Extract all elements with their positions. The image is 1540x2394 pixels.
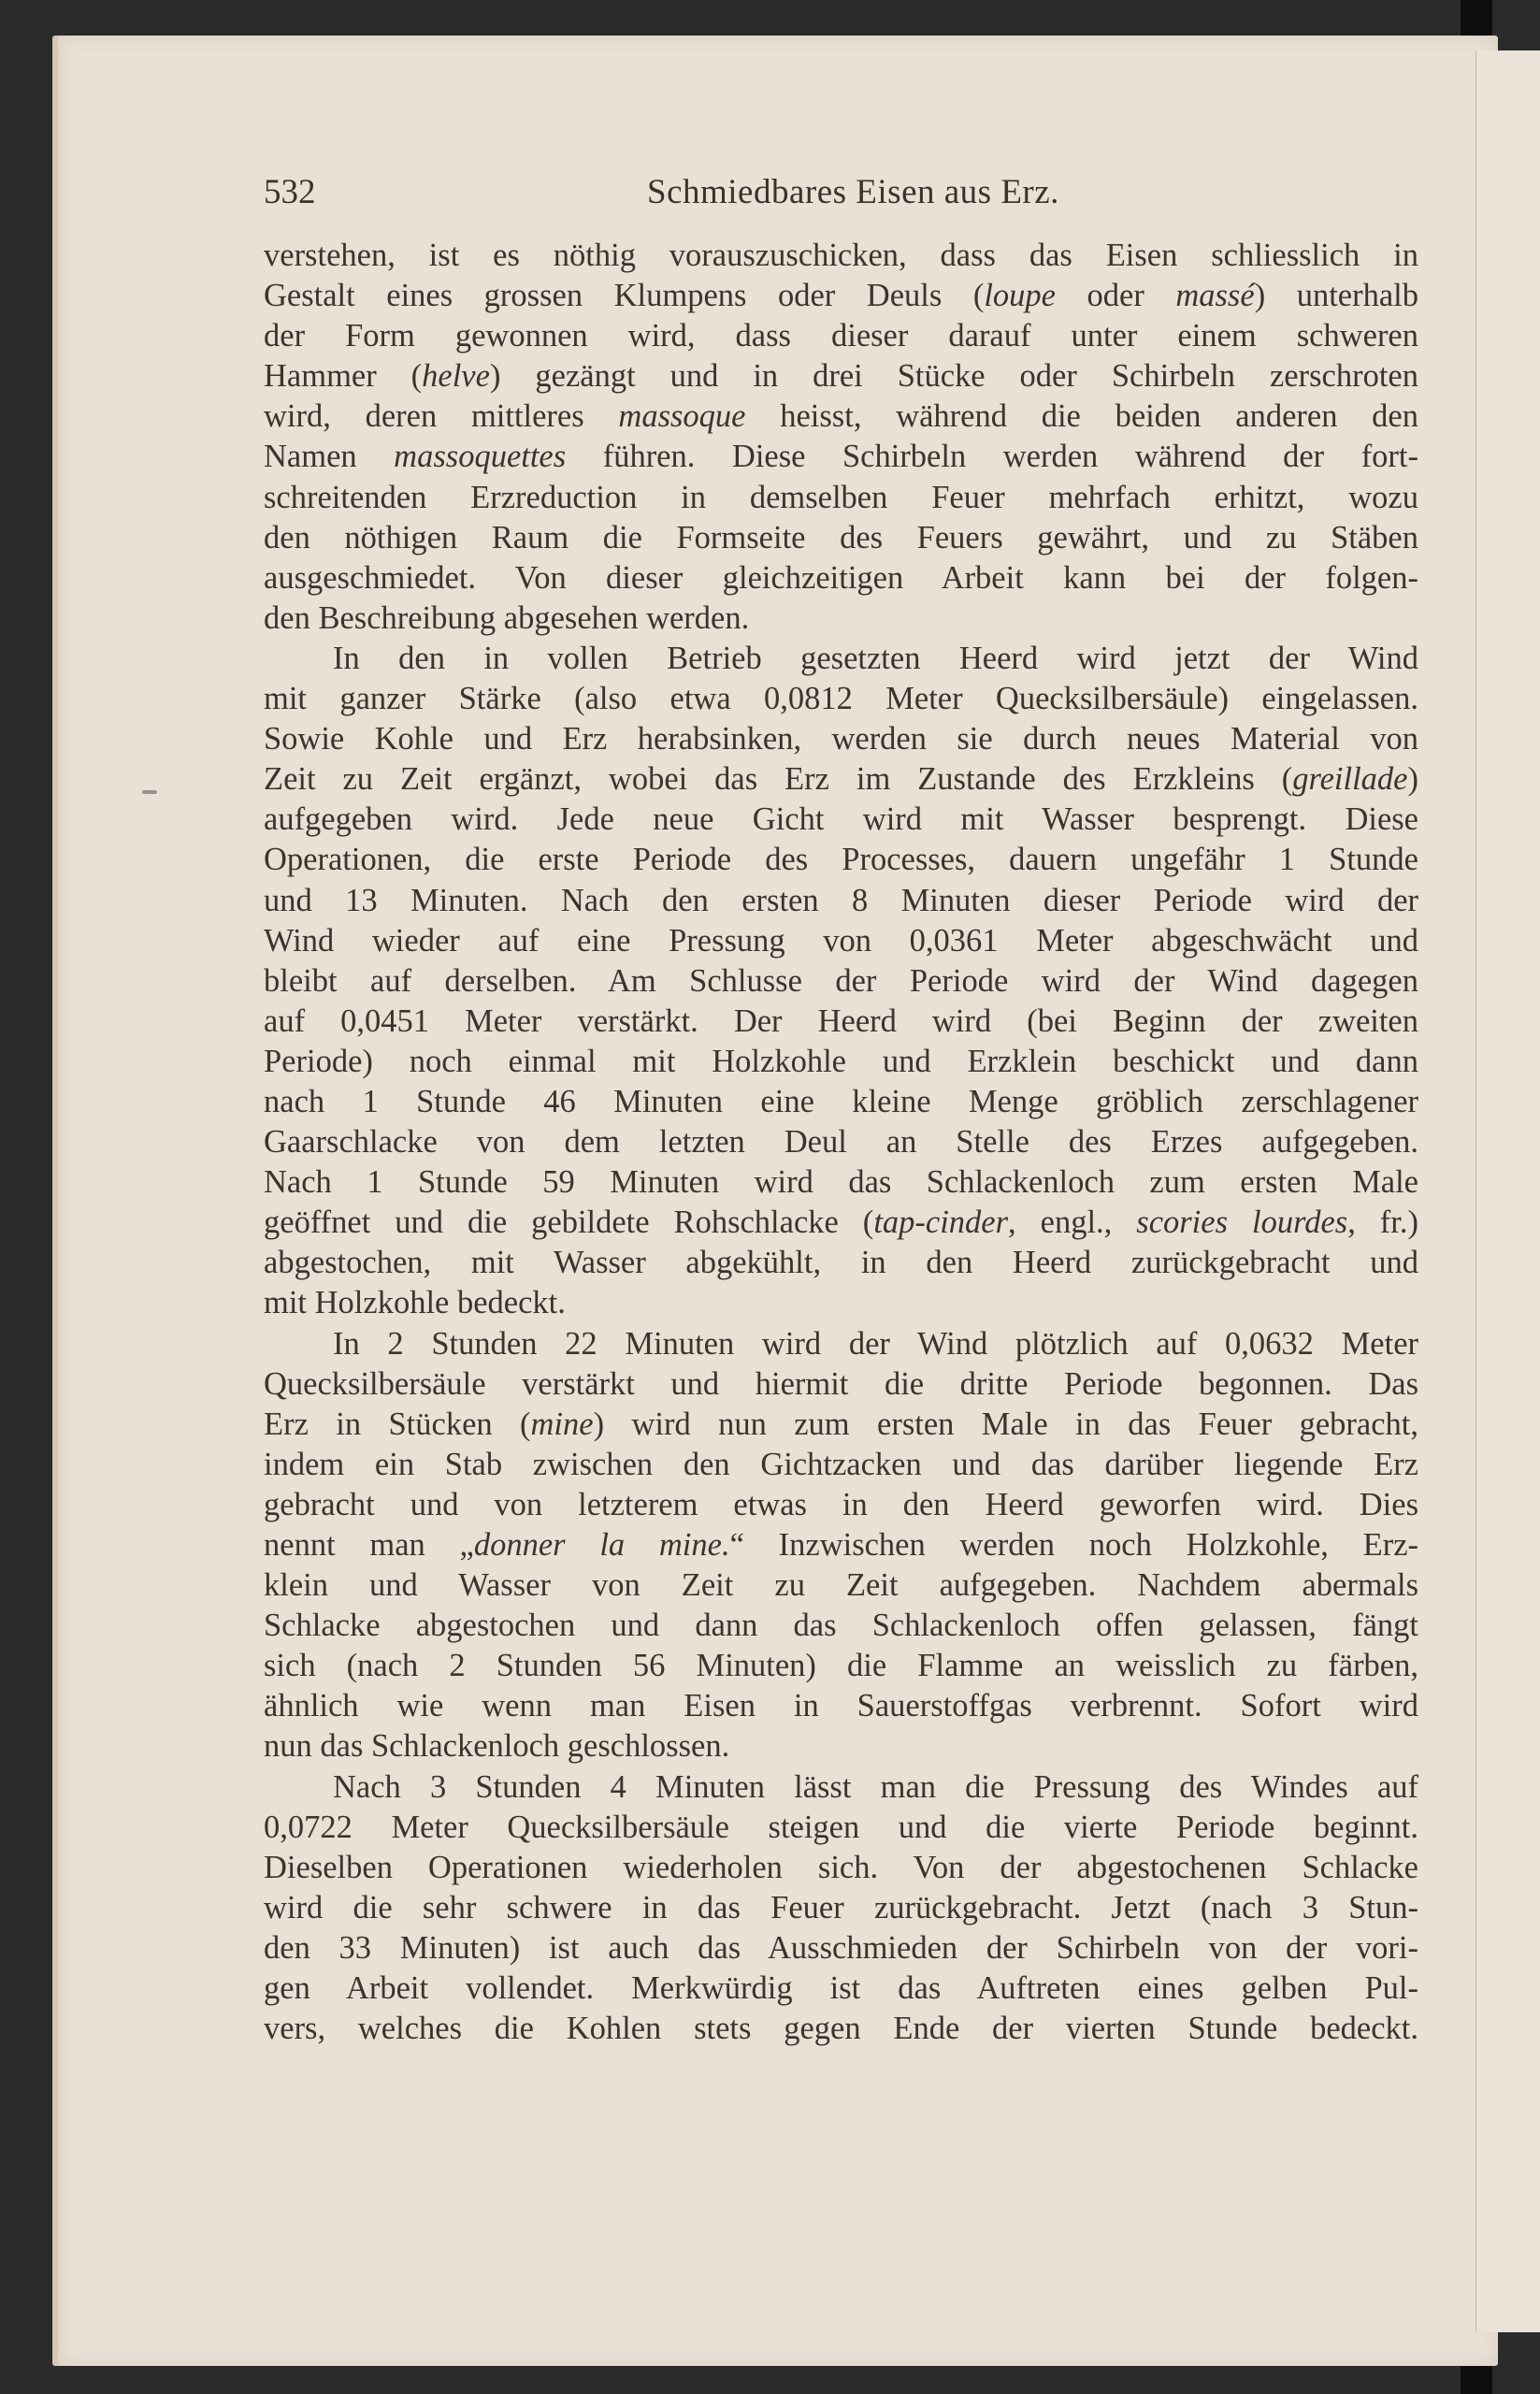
- text-line: mit Holzkohle bedeckt.: [264, 1283, 1418, 1323]
- text-line: bleibt auf derselben. Am Schlusse der Pe…: [264, 961, 1418, 1002]
- text-line: 0,0722 Meter Quecksilbersäule steigen un…: [264, 1808, 1418, 1848]
- text-line: Dieselben Operationen wiederholen sich. …: [264, 1848, 1418, 1888]
- text-line: Gestalt eines grossen Klumpens oder Deul…: [264, 276, 1418, 316]
- text-line: Hammer (helve) gezängt und in drei Stück…: [264, 356, 1418, 397]
- text-line: gebracht und von letzterem etwas in den …: [264, 1485, 1418, 1525]
- running-title: Schmiedbares Eisen aus Erz.: [647, 172, 1059, 212]
- text-line: wird die sehr schwere in das Feuer zurüc…: [264, 1888, 1418, 1928]
- text-line: den 33 Minuten) ist auch das Ausschmiede…: [264, 1928, 1418, 1969]
- body-text: verstehen, ist es nöthig vorauszuschicke…: [264, 236, 1418, 2049]
- text-line: schreitenden Erzreduction in demselben F…: [264, 478, 1418, 518]
- text-line: vers, welches die Kohlen stets gegen End…: [264, 2009, 1418, 2049]
- text-line: ausgeschmiedet. Von dieser gleichzeitige…: [264, 558, 1418, 598]
- text-line: den Beschreibung abgesehen werden.: [264, 598, 1418, 639]
- text-line: geöffnet und die gebildete Rohschlacke (…: [264, 1203, 1418, 1243]
- text-line: aufgegeben wird. Jede neue Gicht wird mi…: [264, 800, 1418, 840]
- text-line: auf 0,0451 Meter verstärkt. Der Heerd wi…: [264, 1002, 1418, 1042]
- text-line: und 13 Minuten. Nach den ersten 8 Minute…: [264, 881, 1418, 921]
- running-header: 532 Schmiedbares Eisen aus Erz.: [264, 172, 1418, 219]
- text-line: In den in vollen Betrieb gesetzten Heerd…: [264, 639, 1418, 679]
- text-line: Nach 1 Stunde 59 Minuten wird das Schlac…: [264, 1162, 1418, 1203]
- text-line: ähnlich wie wenn man Eisen in Sauerstoff…: [264, 1686, 1418, 1726]
- text-line: mit ganzer Stärke (also etwa 0,0812 Mete…: [264, 679, 1418, 719]
- text-line: Namen massoquettes führen. Diese Schirbe…: [264, 437, 1418, 477]
- text-line: Sowie Kohle und Erz herabsinken, werden …: [264, 719, 1418, 759]
- margin-mark: [142, 790, 157, 794]
- text-line: Zeit zu Zeit ergänzt, wobei das Erz im Z…: [264, 759, 1418, 800]
- text-line: Schlacke abgestochen und dann das Schlac…: [264, 1606, 1418, 1646]
- text-line: gen Arbeit vollendet. Merkwürdig ist das…: [264, 1969, 1418, 2009]
- text-line: wird, deren mittleres massoque heisst, w…: [264, 397, 1418, 437]
- page-number: 532: [264, 172, 316, 212]
- text-line: nennt man „donner la mine.“ Inzwischen w…: [264, 1525, 1418, 1565]
- text-line: In 2 Stunden 22 Minuten wird der Wind pl…: [264, 1324, 1418, 1364]
- page-fold-line: [1475, 50, 1476, 2332]
- text-line: Periode) noch einmal mit Holzkohle und E…: [264, 1042, 1418, 1082]
- next-page-edge: [1476, 50, 1540, 2332]
- text-line: Erz in Stücken (mine) wird nun zum erste…: [264, 1405, 1418, 1445]
- text-line: Gaarschlacke von dem letzten Deul an Ste…: [264, 1122, 1418, 1162]
- text-line: indem ein Stab zwischen den Gichtzacken …: [264, 1445, 1418, 1485]
- text-line: den nöthigen Raum die Formseite des Feue…: [264, 518, 1418, 558]
- text-line: Quecksilbersäule verstärkt und hiermit d…: [264, 1364, 1418, 1405]
- text-line: Wind wieder auf eine Pressung von 0,0361…: [264, 921, 1418, 961]
- text-line: klein und Wasser von Zeit zu Zeit aufgeg…: [264, 1565, 1418, 1606]
- text-line: sich (nach 2 Stunden 56 Minuten) die Fla…: [264, 1646, 1418, 1686]
- text-line: abgestochen, mit Wasser abgekühlt, in de…: [264, 1243, 1418, 1283]
- text-line: verstehen, ist es nöthig vorauszuschicke…: [264, 236, 1418, 276]
- text-line: Nach 3 Stunden 4 Minuten lässt man die P…: [264, 1767, 1418, 1808]
- text-line: Operationen, die erste Periode des Proce…: [264, 840, 1418, 880]
- text-line: nun das Schlackenloch geschlossen.: [264, 1726, 1418, 1767]
- text-line: der Form gewonnen wird, dass dieser dara…: [264, 316, 1418, 356]
- text-line: nach 1 Stunde 46 Minuten eine kleine Men…: [264, 1082, 1418, 1122]
